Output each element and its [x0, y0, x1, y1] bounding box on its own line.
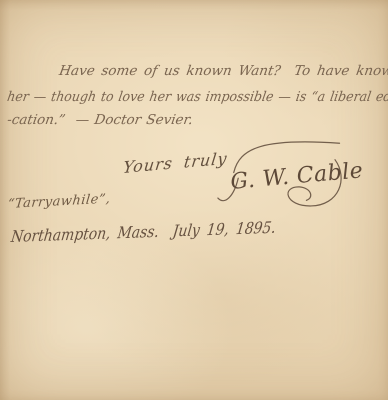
quote-line-1: Have some of us known Want? To have know… — [58, 63, 388, 79]
quote-line-2: her — though to love her was impossible … — [6, 89, 388, 105]
residence-tarryawhile: “Tarryawhile”, — [7, 192, 111, 212]
letter-paper: Have some of us known Want? To have know… — [0, 0, 388, 400]
signature-name: G. W. Cable — [229, 158, 364, 195]
place-date-line: Northampton, Mass. July 19, 1895. — [10, 218, 277, 246]
quote-attribution: -cation.” — Doctor Sevier. — [6, 112, 194, 128]
